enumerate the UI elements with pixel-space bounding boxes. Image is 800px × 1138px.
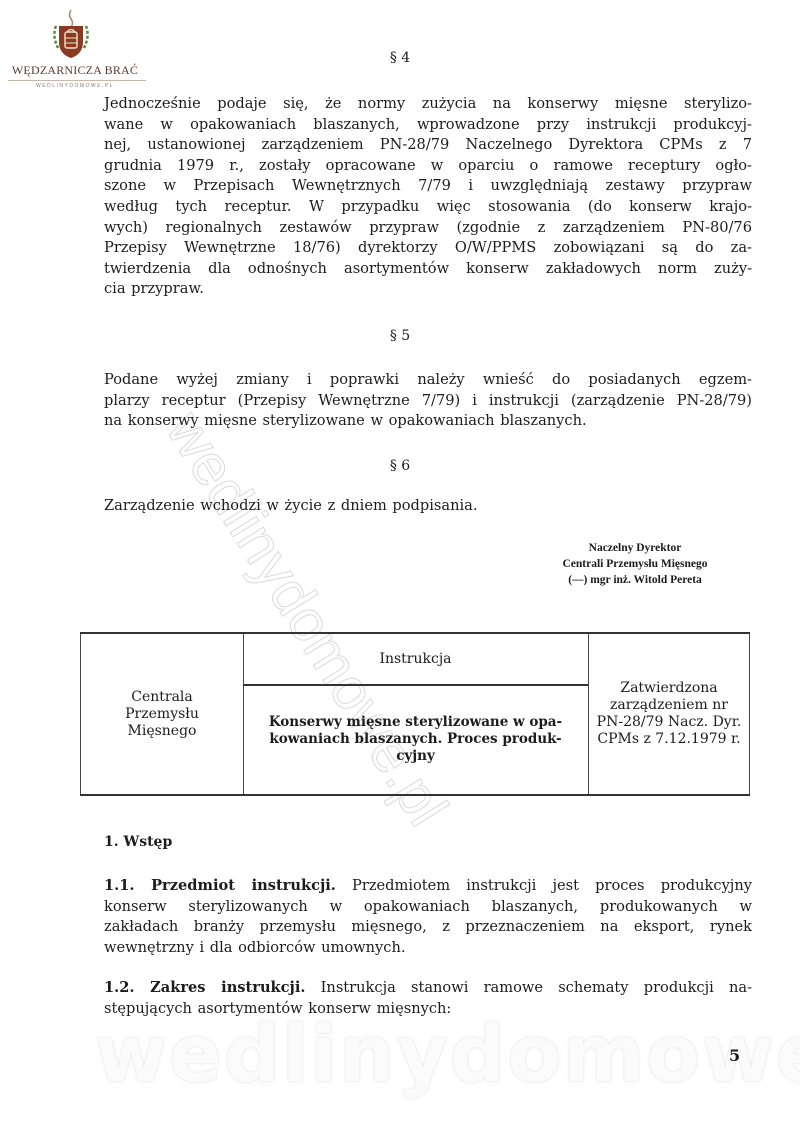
text-line: 1.2. Zakres instrukcji. Instrukcja stano… bbox=[104, 978, 752, 999]
signature-name: (—) mgr inż. Witold Pereta bbox=[520, 572, 750, 588]
text-line: na konserwy mięsne sterylizowane w opako… bbox=[104, 411, 752, 432]
instruction-title: Konserwy mięsne sterylizowane w opa- kow… bbox=[243, 686, 588, 792]
text-line: szone w Przepisach Wewnętrznych 7/79 i u… bbox=[104, 176, 752, 197]
bottom-watermark: wedlinydomowe.pl bbox=[95, 1010, 800, 1100]
paragraph-section-6: Zarządzenie wchodzi w życie z dniem podp… bbox=[104, 496, 752, 517]
section-mark-6: § 6 bbox=[0, 458, 800, 474]
page-number: 5 bbox=[729, 1046, 740, 1065]
paragraph-section-5: Podane wyżej zmiany i poprawki należy wn… bbox=[104, 370, 752, 432]
text-line: cia przypraw. bbox=[104, 279, 752, 300]
text-line: nej, ustanowionej zarządzeniem PN-28/79 … bbox=[104, 135, 752, 156]
text-line: grudnia 1979 r., zostały opracowane w op… bbox=[104, 156, 752, 177]
table-cell-instruction: Instrukcja Konserwy mięsne sterylizowane… bbox=[243, 634, 588, 794]
instruction-label: Instrukcja bbox=[243, 634, 588, 686]
issuer-text: Centrala Przemysłu Mięsnego bbox=[81, 634, 243, 794]
text-line: twierdzenia dla odnośnych asortymentów k… bbox=[104, 259, 752, 280]
text-line: wane w opakowaniach blaszanych, wprowadz… bbox=[104, 115, 752, 136]
text-line: wewnętrzny i dla odbiorców umownych. bbox=[104, 938, 752, 959]
table-cell-approval: Zatwierdzona zarządzeniem nr PN-28/79 Na… bbox=[588, 634, 750, 794]
section-mark-5: § 5 bbox=[0, 328, 800, 344]
text-line: 1.1. Przedmiot instrukcji. Przedmiotem i… bbox=[104, 876, 752, 897]
subsection-label: 1.1. Przedmiot instrukcji. bbox=[104, 877, 336, 894]
site-logo: WĘDZARNICZA BRAĆ WEDLINYDOMOWE.PL bbox=[0, 0, 150, 95]
text-line: zakładach branży przemysłu mięsnego, z p… bbox=[104, 917, 752, 938]
approval-text: Zatwierdzona zarządzeniem nr PN-28/79 Na… bbox=[589, 634, 749, 794]
signature-block: Naczelny Dyrektor Centrali Przemysłu Mię… bbox=[520, 540, 750, 588]
text-line: według tych receptur. W przypadku więc s… bbox=[104, 197, 752, 218]
text-line: Przepisy Wewnętrzne 18/76) dyrektorzy O/… bbox=[104, 238, 752, 259]
text-line: plarzy receptur (Przepisy Wewnętrzne 7/7… bbox=[104, 391, 752, 412]
logo-divider bbox=[8, 80, 146, 81]
signature-org: Centrali Przemysłu Mięsnego bbox=[520, 556, 750, 572]
subsection-label: 1.2. Zakres instrukcji. bbox=[104, 979, 305, 996]
text-line: Podane wyżej zmiany i poprawki należy wn… bbox=[104, 370, 752, 391]
text-span: Instrukcja stanowi ramowe schematy produ… bbox=[305, 979, 752, 996]
paragraph-1-2: 1.2. Zakres instrukcji. Instrukcja stano… bbox=[104, 978, 752, 1019]
text-line: stępujących asortymentów konserw mięsnyc… bbox=[104, 999, 752, 1020]
paragraph-1-1: 1.1. Przedmiot instrukcji. Przedmiotem i… bbox=[104, 876, 752, 958]
text-line: wych) regionalnych zestawów przypraw (zg… bbox=[104, 218, 752, 239]
paragraph-section-4: Jednocześnie podaje się, że normy zużyci… bbox=[104, 94, 752, 300]
signature-title: Naczelny Dyrektor bbox=[520, 540, 750, 556]
instruction-header-table: Centrala Przemysłu Mięsnego Instrukcja K… bbox=[80, 632, 750, 796]
chapter-heading: 1. Wstęp bbox=[104, 834, 172, 850]
text-line: Jednocześnie podaje się, że normy zużyci… bbox=[104, 94, 752, 115]
logo-url: WEDLINYDOMOWE.PL bbox=[0, 83, 150, 89]
text-line: konserw sterylizowanych w opakowaniach b… bbox=[104, 897, 752, 918]
table-cell-issuer: Centrala Przemysłu Mięsnego bbox=[80, 634, 244, 794]
text-line: Zarządzenie wchodzi w życie z dniem podp… bbox=[104, 496, 752, 517]
section-mark-4: § 4 bbox=[0, 50, 800, 66]
text-span: Przedmiotem instrukcji jest proces produ… bbox=[336, 877, 752, 894]
